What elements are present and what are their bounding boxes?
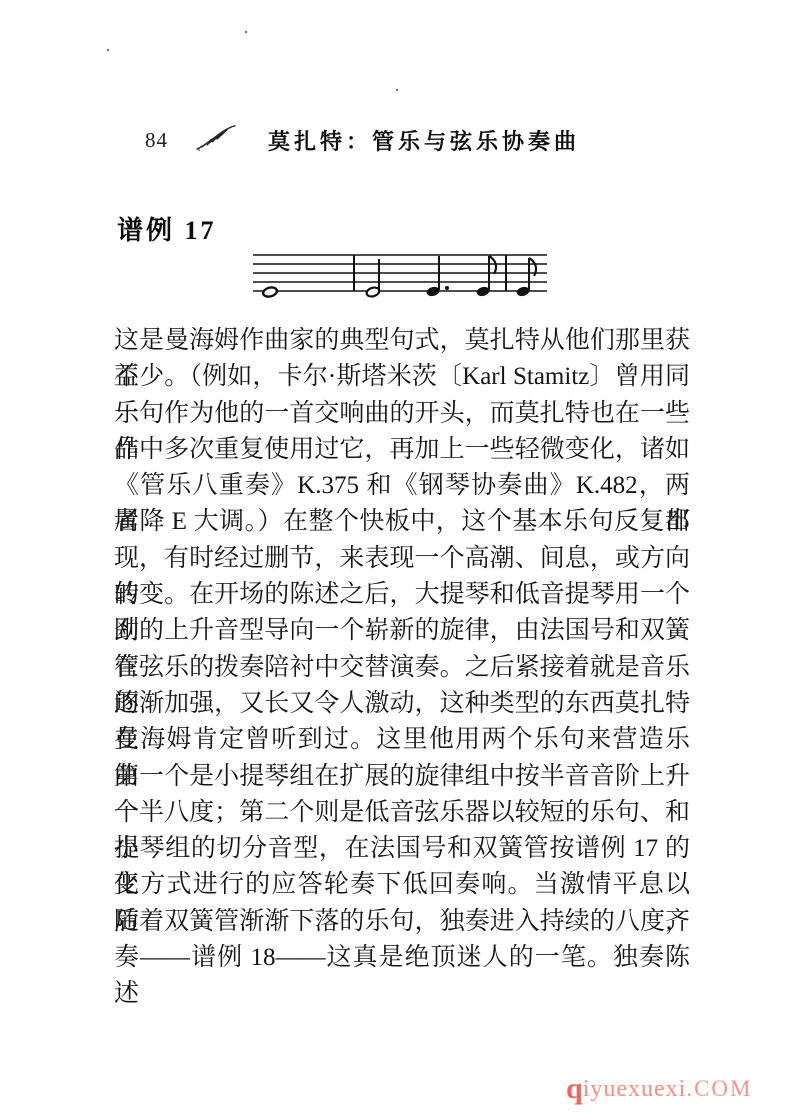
page-number: 84 [145,128,168,153]
body-line: 个半八度；第二个则是低音弦乐器以较短的乐句、和小 [114,795,690,831]
body-line: 这是曼海姆作曲家的典型句式，莫扎特从他们那里获益 [114,323,690,359]
body-line: 乐句作为他的一首交响曲的开头，而莫扎特也在一些作 [114,396,690,432]
pen-squiggle-icon [194,123,238,153]
body-line: 转变。在开场的陈述之后，大提琴和低音提琴用一个刚 [114,577,690,613]
body-paragraph: 这是曼海姆作曲家的典型句式，莫扎特从他们那里获益 不少。（例如，卡尔·斯塔米茨〔… [114,323,690,976]
scan-speck [107,49,109,51]
running-title: 莫扎特：管乐与弦乐协奏曲 [268,125,580,156]
watermark-name: iyuexuexi [583,1076,687,1102]
scan-speck [396,89,398,91]
example-label: 谱例 17 [117,210,217,247]
body-line: 第一个是小提琴组在扩展的旋律组中按半音音阶上升一 [114,759,690,795]
body-line: 曼海姆肯定曾听到过。这里他用两个乐句来营造乐曲： [114,722,690,758]
watermark-q: q [566,1072,583,1105]
music-example-17 [250,248,550,307]
book-page: 84 莫扎特：管乐与弦乐协奏曲 谱例 17 [0,0,794,1120]
body-line: 劲的上升音型导向一个崭新的旋律，由法国号和双簧管 [114,613,690,649]
body-line: 化方式进行的应答轮奏下低回奏响。当激情平息以后， [114,867,690,903]
body-line: 品中多次重复使用过它，再加上一些轻微变化，诸如 [114,432,690,468]
body-line: 提琴组的切分音型，在法国号和双簧管按谱例 17 的变 [114,831,690,867]
half-note [366,259,381,298]
body-line: 奏——谱例 18——这真是绝顶迷人的一笔。独奏陈述 [114,940,690,976]
body-line: 不少。（例如，卡尔·斯塔米茨〔Karl Stamitz〕曾用同一 [114,359,690,395]
music-staff [250,248,550,302]
body-line: 属降 E 大调。）在整个快板中，这个基本乐句反复出 [114,504,690,540]
site-watermark: qiyuexuexi.COM [566,1072,752,1106]
body-line: 《管乐八重奏》K.375 和《钢琴协奏曲》K.482，两者都 [114,468,690,504]
body-line: 随着双簧管渐渐下落的乐句，独奏进入持续的八度齐 [114,904,690,940]
staff-lines [253,255,547,291]
body-line: 现，有时经过删节，来表现一个高潮、间息，或方向的 [114,541,690,577]
watermark-domain: .COM [686,1076,752,1101]
whole-note [262,286,278,298]
body-line: 逐渐加强，又长又令人激动，这种类型的东西莫扎特在 [114,686,690,722]
body-line: 在弦乐的拨奏陪衬中交替演奏。之后紧接着就是音乐的 [114,650,690,686]
scan-speck [245,31,247,33]
